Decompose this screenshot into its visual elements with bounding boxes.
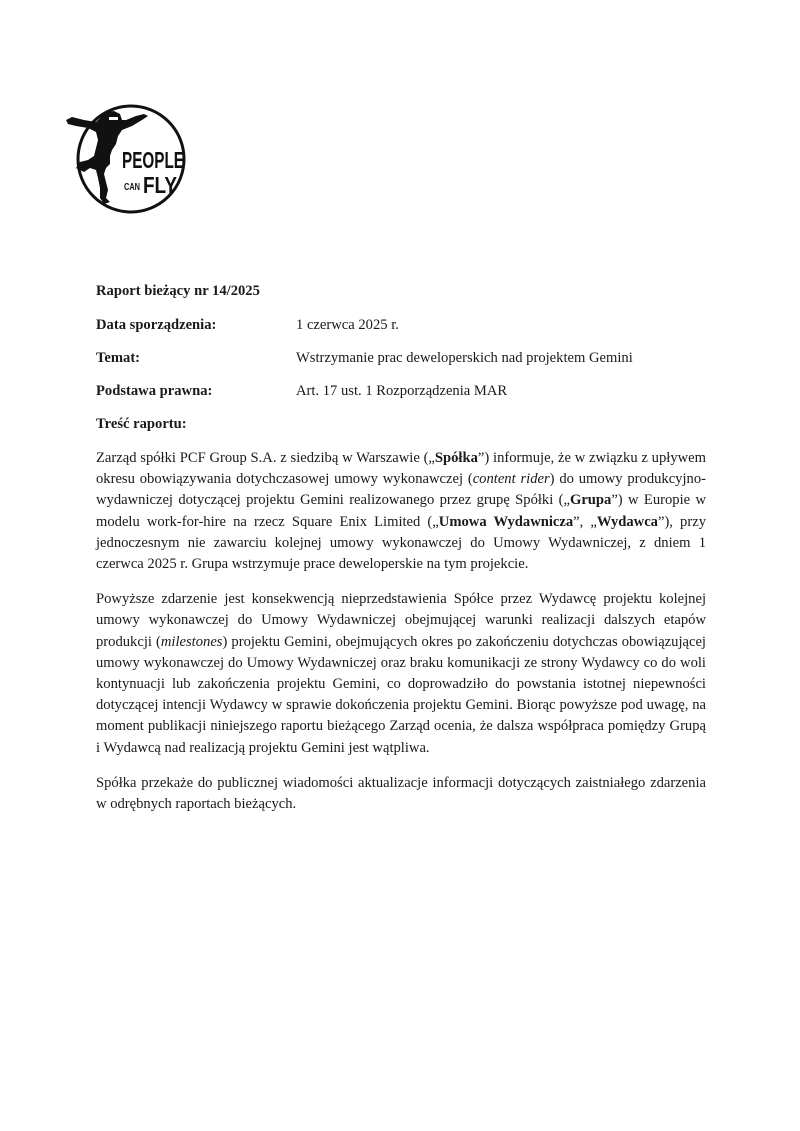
italic-term: milestones xyxy=(161,634,223,650)
defined-term: Spółka xyxy=(435,450,478,466)
logo-graphic: PEOPLE CAN FLY xyxy=(62,98,194,214)
report-paragraph: Spółka przekaże do publicznej wiadomości… xyxy=(96,773,706,815)
logo-text-fly: FLY xyxy=(143,172,177,198)
defined-term: Umowa Wydawnicza xyxy=(439,514,573,530)
italic-term: content rider xyxy=(473,471,550,487)
meta-row-legal-basis: Podstawa prawna: Art. 17 ust. 1 Rozporzą… xyxy=(96,381,706,401)
meta-value: Wstrzymanie prac deweloperskich nad proj… xyxy=(296,348,706,368)
logo-text-people: PEOPLE xyxy=(122,147,184,173)
meta-label: Data sporządzenia: xyxy=(96,315,296,335)
defined-term: Wydawca xyxy=(597,514,658,530)
report-content: Raport bieżący nr 14/2025 Data sporządze… xyxy=(96,281,706,829)
defined-term: Grupa xyxy=(570,492,611,508)
meta-label: Podstawa prawna: xyxy=(96,381,296,401)
meta-value: Art. 17 ust. 1 Rozporządzenia MAR xyxy=(296,381,706,401)
report-title: Raport bieżący nr 14/2025 xyxy=(96,281,706,301)
content-label: Treść raportu: xyxy=(96,414,706,434)
people-can-fly-logo: PEOPLE CAN FLY xyxy=(62,98,194,214)
meta-value: 1 czerwca 2025 r. xyxy=(296,315,706,335)
logo-text-can: CAN xyxy=(124,182,140,193)
meta-row-date: Data sporządzenia: 1 czerwca 2025 r. xyxy=(96,315,706,335)
meta-label: Temat: xyxy=(96,348,296,368)
report-paragraph: Zarząd spółki PCF Group S.A. z siedzibą … xyxy=(96,448,706,575)
meta-row-subject: Temat: Wstrzymanie prac deweloperskich n… xyxy=(96,348,706,368)
report-paragraph: Powyższe zdarzenie jest konsekwencją nie… xyxy=(96,589,706,759)
